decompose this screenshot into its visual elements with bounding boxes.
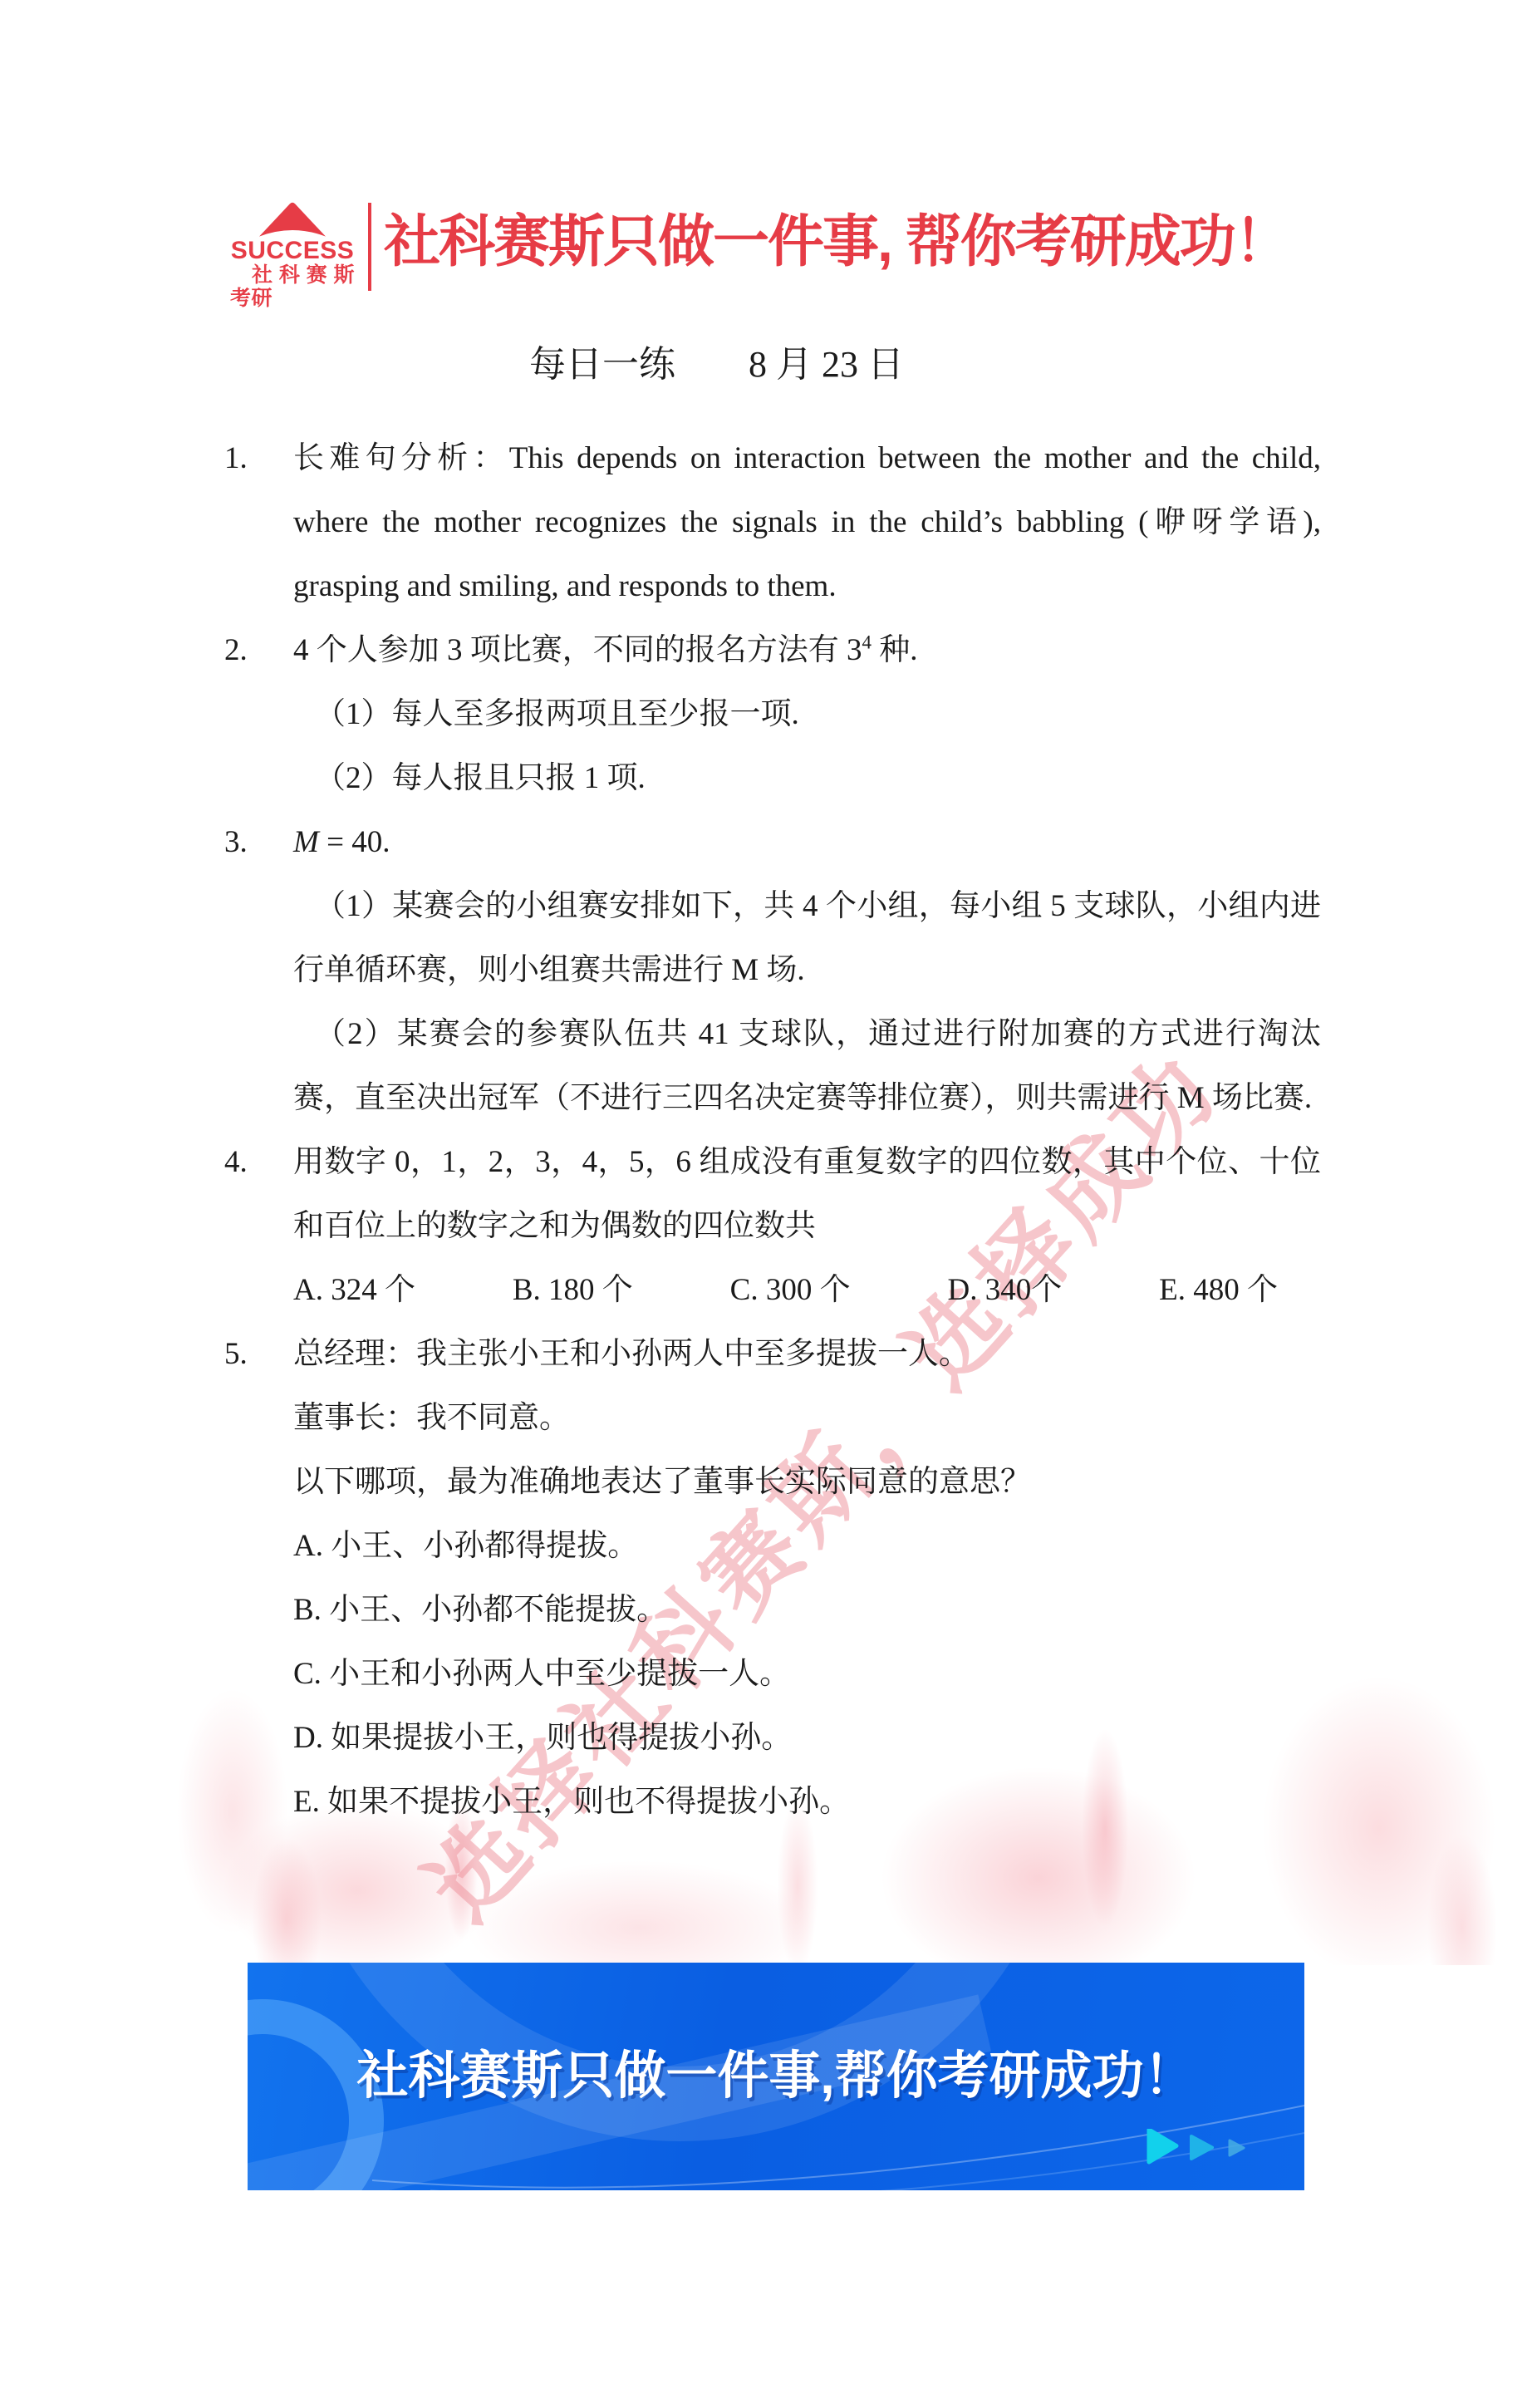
superscript-exponent: 4: [862, 632, 872, 653]
header-slogan: 社科赛斯只做一件事, 帮你考研成功！: [384, 211, 1348, 273]
question-text: 用数字 0，1，2，3，4，5，6 组成没有重复数字的四位数，其中个位、十位和百…: [293, 1130, 1321, 1258]
option-d: D. 如果提拔小王，则也得提拔小孙。: [293, 1706, 1321, 1770]
option-c: C. 300 个: [730, 1258, 851, 1322]
logo-divider: [368, 203, 371, 291]
play-arrows-icon: [1147, 2129, 1255, 2170]
question-text-segment: 4 个人参加 3 项比赛，不同的报名方法有 3: [293, 633, 862, 667]
question-1: 1. 长难句分析：This depends on interaction bet…: [224, 426, 1321, 618]
question-number: 2.: [224, 618, 248, 682]
question-number: 5.: [224, 1322, 248, 1386]
option-e: E. 480 个: [1159, 1258, 1278, 1322]
option-a: A. 324 个: [293, 1258, 415, 1322]
sub-item: （2）每人报且只报 1 项.: [293, 746, 1321, 810]
option-c: C. 小王和小孙两人中至少提拔一人。: [293, 1642, 1321, 1706]
question-text-segment: = 40.: [319, 825, 390, 859]
brand-logo: SUCCESS 社科赛斯考研: [230, 202, 355, 310]
brand-name: SUCCESS: [230, 238, 355, 263]
option-e: E. 如果不提拔小王，则也不得提拔小孙。: [293, 1770, 1321, 1834]
daily-practice-label: 每日一练: [529, 344, 675, 386]
page-title: 每日一练 8 月 23 日: [529, 344, 904, 386]
question-4: 4. 用数字 0，1，2，3，4，5，6 组成没有重复数字的四位数，其中个位、十…: [224, 1130, 1321, 1322]
sub-item: （2）某赛会的参赛队伍共 41 支球队，通过进行附加赛的方式进行淘汰赛，直至决出…: [293, 1002, 1321, 1130]
math-variable: M: [293, 825, 319, 859]
question-5: 5. 总经理：我主张小王和小孙两人中至多提拔一人。 董事长：我不同意。 以下哪项…: [224, 1322, 1321, 1834]
question-2: 2. 4 个人参加 3 项比赛，不同的报名方法有 34 种. （1）每人至多报两…: [224, 618, 1321, 810]
date-label: 8 月 23 日: [749, 344, 904, 386]
dialog-line: 董事长：我不同意。: [293, 1386, 1321, 1450]
brand-subtitle: 社科赛斯考研: [230, 263, 355, 310]
question-number: 1.: [224, 426, 248, 490]
option-b: B. 180 个: [513, 1258, 633, 1322]
question-text: 长难句分析：This depends on interaction betwee…: [293, 426, 1321, 618]
question-text: M = 40.: [293, 810, 1321, 874]
option-a: A. 小王、小孙都得提拔。: [293, 1514, 1321, 1578]
question-number: 3.: [224, 810, 248, 874]
sub-item: （1）每人至多报两项且至少报一项.: [293, 682, 1321, 746]
banner-slogan: 社科赛斯只做一件事,帮你考研成功！: [248, 2049, 1304, 2104]
roof-triangle-icon: [250, 202, 335, 238]
question-text: 4 个人参加 3 项比赛，不同的报名方法有 34 种.: [293, 618, 1321, 682]
question-stem: 以下哪项，最为准确地表达了董事长实际同意的意思？: [293, 1450, 1321, 1514]
bottom-banner: 社科赛斯只做一件事,帮你考研成功！: [248, 1963, 1304, 2190]
question-list: 1. 长难句分析：This depends on interaction bet…: [224, 426, 1321, 1834]
options-row: A. 324 个 B. 180 个 C. 300 个 D. 340个 E. 48…: [293, 1258, 1278, 1322]
question-3: 3. M = 40. （1）某赛会的小组赛安排如下，共 4 个小组，每小组 5 …: [224, 810, 1321, 1130]
option-d: D. 340个: [947, 1258, 1062, 1322]
question-number: 4.: [224, 1130, 248, 1194]
question-text-segment: 种.: [872, 633, 918, 667]
dialog-line: 总经理：我主张小王和小孙两人中至多提拔一人。: [293, 1322, 1321, 1386]
sub-item: （1）某赛会的小组赛安排如下，共 4 个小组，每小组 5 支球队，小组内进行单循…: [293, 874, 1321, 1002]
option-b: B. 小王、小孙都不能提拔。: [293, 1578, 1321, 1642]
